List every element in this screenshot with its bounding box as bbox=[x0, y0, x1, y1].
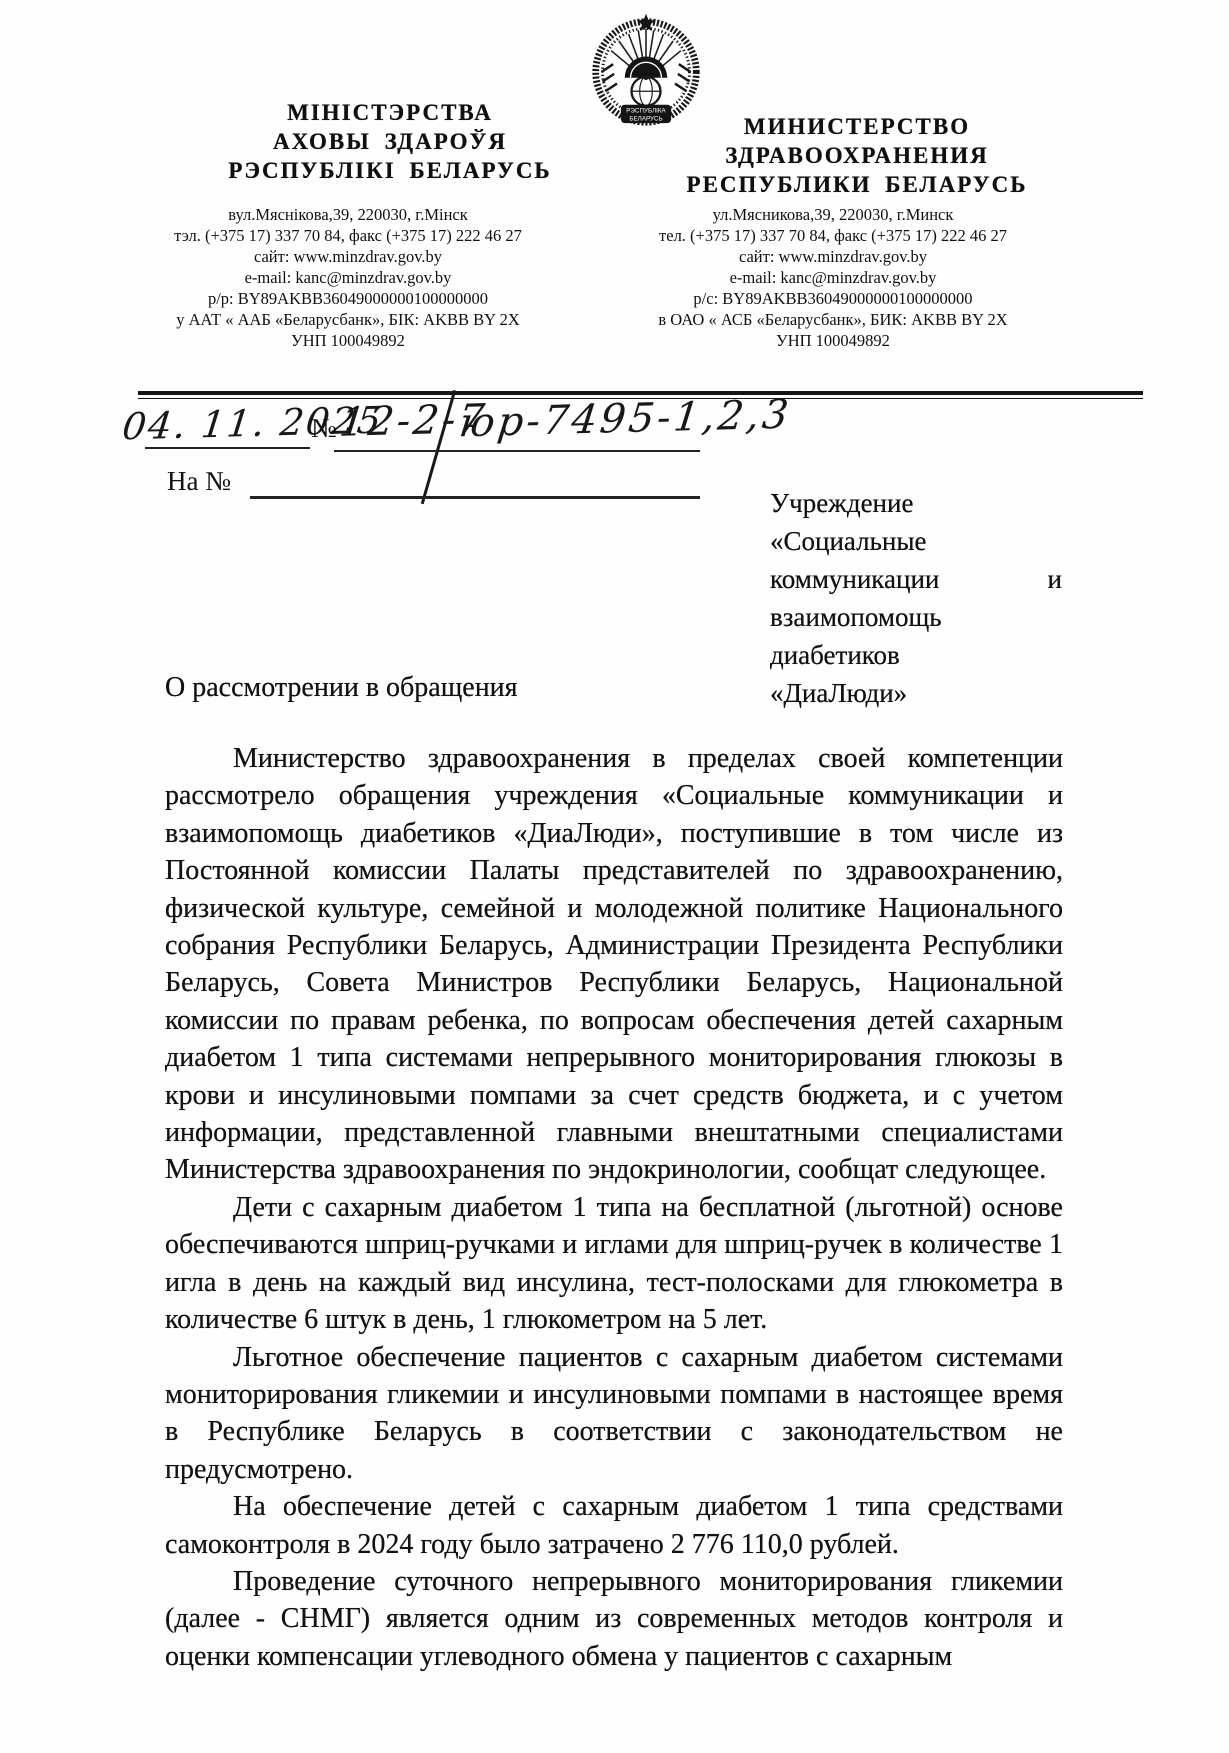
site-line-by: сайт: www.minzdrav.gov.by bbox=[118, 246, 578, 267]
address-line-ru: ул.Мясникова,39, 220030, г.Минск bbox=[603, 204, 1063, 225]
ministry-title-by-line2: АХОВЫ ЗДАРОЎЯ bbox=[160, 127, 620, 156]
addressee-line: «ДиаЛюди» bbox=[770, 674, 1062, 712]
ministry-title-ru-line2: ЗДРАВООХРАНЕНИЯ bbox=[627, 141, 1087, 170]
number-symbol: № bbox=[311, 413, 337, 444]
subject-line: О рассмотрении в обращения bbox=[165, 672, 518, 704]
ministry-title-by-line1: МІНІСТЭРСТВА bbox=[160, 98, 620, 127]
bank-line-by: у ААТ « ААБ «Беларусбанк», БІК: AKBB BY … bbox=[118, 309, 578, 330]
addressee-line: Учреждение «Социальные bbox=[770, 484, 1062, 560]
ministry-contacts-belarusian: вул.Мяснікова,39, 220030, г.Мінск тэл. (… bbox=[118, 204, 578, 351]
email-line-ru: e-mail: kanc@minzdrav.gov.by bbox=[603, 267, 1063, 288]
reply-reference-label: На № bbox=[167, 466, 231, 497]
unp-line-by: УНП 100049892 bbox=[118, 330, 578, 351]
account-line-ru: р/с: BY89AKBB36049000000100000000 bbox=[603, 288, 1063, 309]
ministry-title-by-line3: РЭСПУБЛІКІ БЕЛАРУСЬ bbox=[160, 156, 620, 185]
phone-line-ru: тел. (+375 17) 337 70 84, факс (+375 17)… bbox=[603, 225, 1063, 246]
ministry-title-belarusian: МІНІСТЭРСТВА АХОВЫ ЗДАРОЎЯ РЭСПУБЛІКІ БЕ… bbox=[160, 98, 620, 185]
body-paragraph-5: Проведение суточного непрерывного монито… bbox=[165, 1563, 1063, 1675]
body-paragraph-1: Министерство здравоохранения в пределах … bbox=[165, 740, 1063, 1189]
body-paragraph-3: Льготное обеспечение пациентов с сахарны… bbox=[165, 1339, 1063, 1489]
ministry-title-russian: МИНИСТЕРСТВО ЗДРАВООХРАНЕНИЯ РЕСПУБЛИКИ … bbox=[627, 112, 1087, 199]
bank-line-ru: в ОАО « АСБ «Беларусбанк», БИК: AKBB BY … bbox=[603, 309, 1063, 330]
scanned-letter-page: РЭСПУБЛІКА БЕЛАРУСЬ МІНІСТЭРСТВА АХОВЫ З… bbox=[0, 0, 1229, 1753]
unp-line-ru: УНП 100049892 bbox=[603, 330, 1063, 351]
ministry-contacts-russian: ул.Мясникова,39, 220030, г.Минск тел. (+… bbox=[603, 204, 1063, 351]
body-paragraph-2: Дети с сахарным диабетом 1 типа на беспл… bbox=[165, 1189, 1063, 1339]
site-line-ru: сайт: www.minzdrav.gov.by bbox=[603, 246, 1063, 267]
number-underline bbox=[334, 450, 700, 452]
email-line-by: e-mail: kanc@minzdrav.gov.by bbox=[118, 267, 578, 288]
addressee-block: Учреждение «Социальные коммуникации и вз… bbox=[770, 484, 1062, 712]
letter-body: Министерство здравоохранения в пределах … bbox=[165, 740, 1063, 1675]
body-paragraph-4: На обеспечение детей с сахарным диабетом… bbox=[165, 1488, 1063, 1563]
account-line-by: р/р: BY89AKBB36049000000100000000 bbox=[118, 288, 578, 309]
handwritten-number-part2: юр-7495-1,2,3 bbox=[457, 392, 794, 447]
ministry-title-ru-line3: РЕСПУБЛИКИ БЕЛАРУСЬ bbox=[627, 170, 1087, 199]
addressee-line: коммуникации и bbox=[770, 560, 1062, 598]
ministry-title-ru-line1: МИНИСТЕРСТВО bbox=[627, 112, 1087, 141]
date-underline bbox=[145, 447, 310, 449]
reply-reference-underline bbox=[250, 496, 700, 499]
phone-line-by: тэл. (+375 17) 337 70 84, факс (+375 17)… bbox=[118, 225, 578, 246]
addressee-line: взаимопомощь диабетиков bbox=[770, 598, 1062, 674]
address-line-by: вул.Мяснікова,39, 220030, г.Мінск bbox=[118, 204, 578, 225]
